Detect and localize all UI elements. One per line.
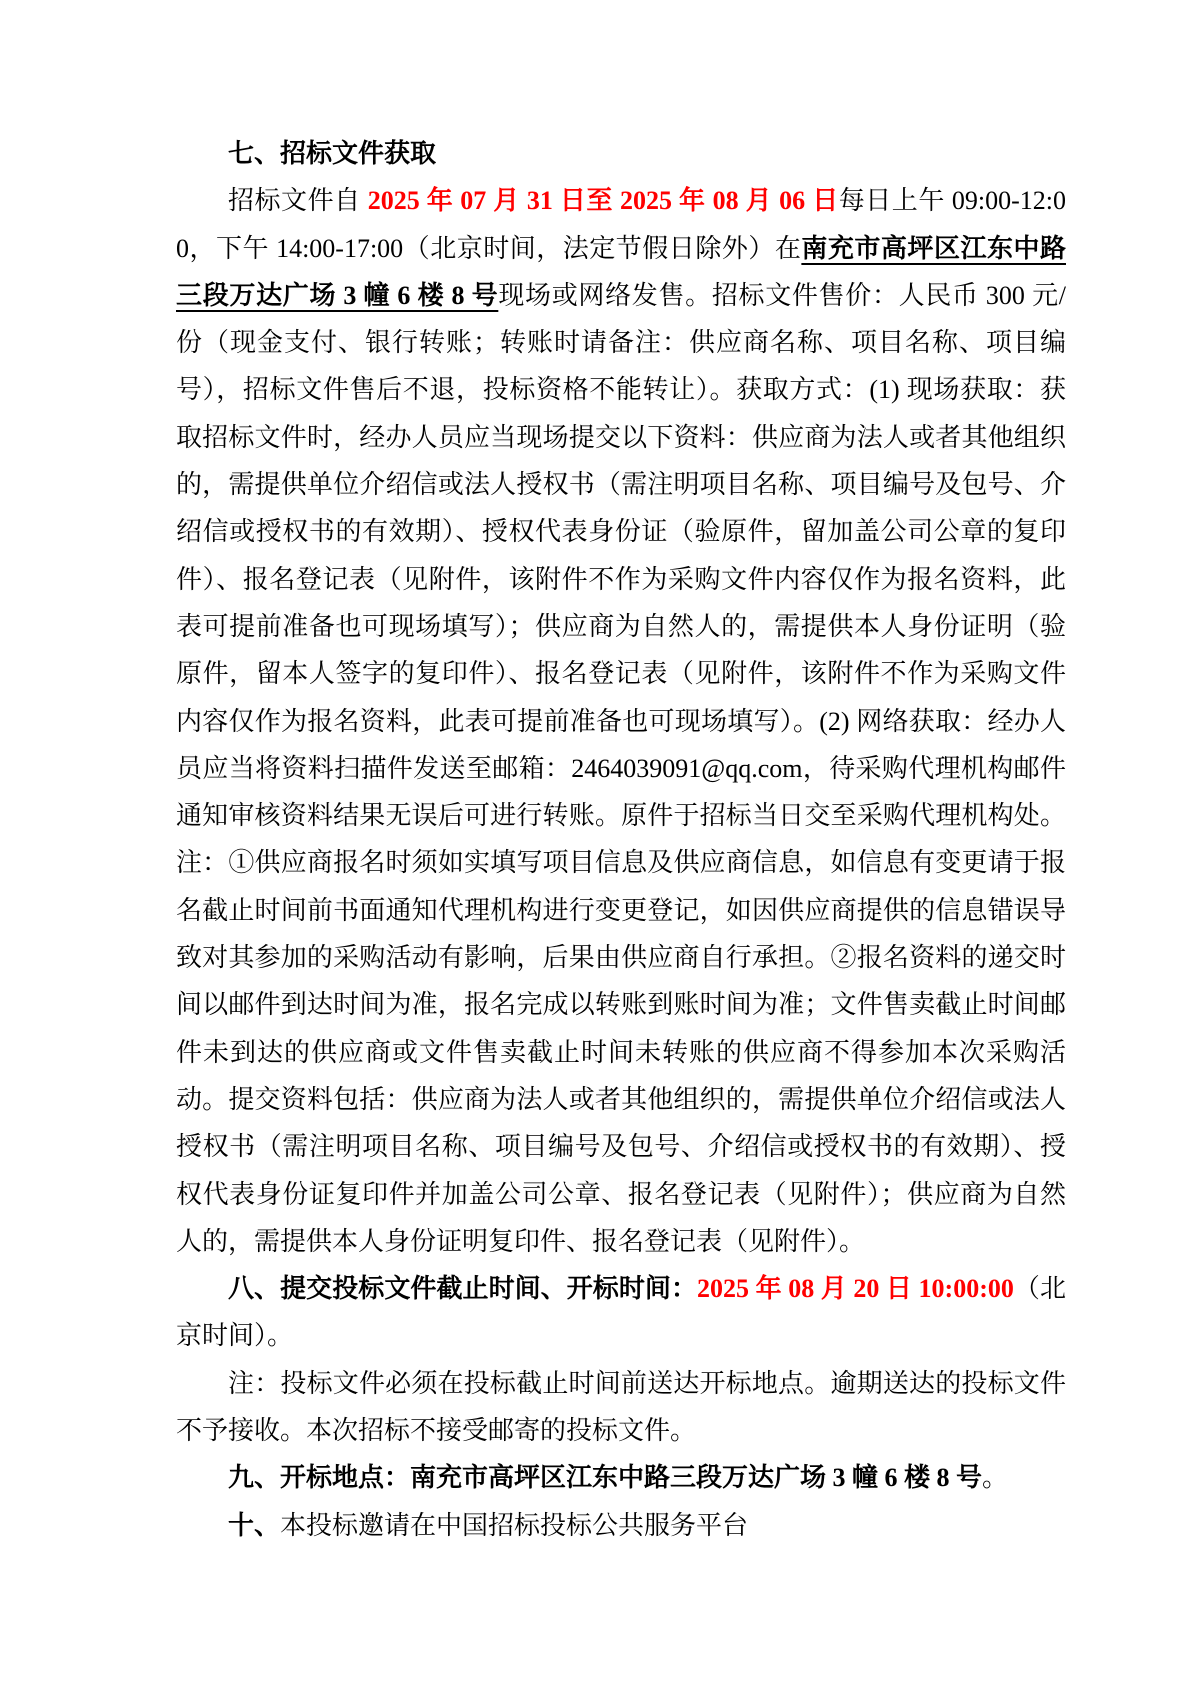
section-8-heading-text: 八、提交投标文件截止时间、开标时间： bbox=[228, 1274, 697, 1303]
document-content: 七、招标文件获取 招标文件自 2025 年 07 月 31 日至 2025 年 … bbox=[176, 130, 1066, 1549]
document-sale-details-text: 现场或网络发售。招标文件售价：人民币 300 元/份（现金支付、银行转账；转账时… bbox=[176, 281, 1066, 1256]
section-8-note-text: 注：投标文件必须在投标截止时间前送达开标地点。逾期送达的投标文件不予接收。本次招… bbox=[176, 1369, 1066, 1445]
bid-deadline-datetime: 2025 年 08 月 20 日 10:00:00 bbox=[697, 1274, 1014, 1303]
document-sale-period-dates: 2025 年 07 月 31 日至 2025 年 08 月 06 日 bbox=[368, 186, 839, 215]
bid-opening-location-text: 九、开标地点：南充市高坪区江东中路三段万达广场 3 幢 6 楼 8 号 bbox=[228, 1463, 982, 1492]
section-7-heading-text: 七、招标文件获取 bbox=[228, 139, 436, 168]
section-10-number-text: 十、 bbox=[228, 1511, 280, 1540]
section-7-body: 招标文件自 2025 年 07 月 31 日至 2025 年 08 月 06 日… bbox=[176, 177, 1066, 1265]
document-sale-intro-text: 招标文件自 bbox=[228, 186, 368, 215]
document-page: 七、招标文件获取 招标文件自 2025 年 07 月 31 日至 2025 年 … bbox=[0, 0, 1191, 1684]
section-7-heading: 七、招标文件获取 bbox=[176, 130, 1066, 177]
section-10: 十、本投标邀请在中国招标投标公共服务平台 bbox=[176, 1502, 1066, 1549]
section-9: 九、开标地点：南充市高坪区江东中路三段万达广场 3 幢 6 楼 8 号。 bbox=[176, 1454, 1066, 1501]
section-8-note: 注：投标文件必须在投标截止时间前送达开标地点。逾期送达的投标文件不予接收。本次招… bbox=[176, 1360, 1066, 1455]
section-10-platform-text: 本投标邀请在中国招标投标公共服务平台 bbox=[280, 1511, 748, 1540]
section-8: 八、提交投标文件截止时间、开标时间：2025 年 08 月 20 日 10:00… bbox=[176, 1265, 1066, 1360]
section-9-period-text: 。 bbox=[982, 1463, 1008, 1492]
